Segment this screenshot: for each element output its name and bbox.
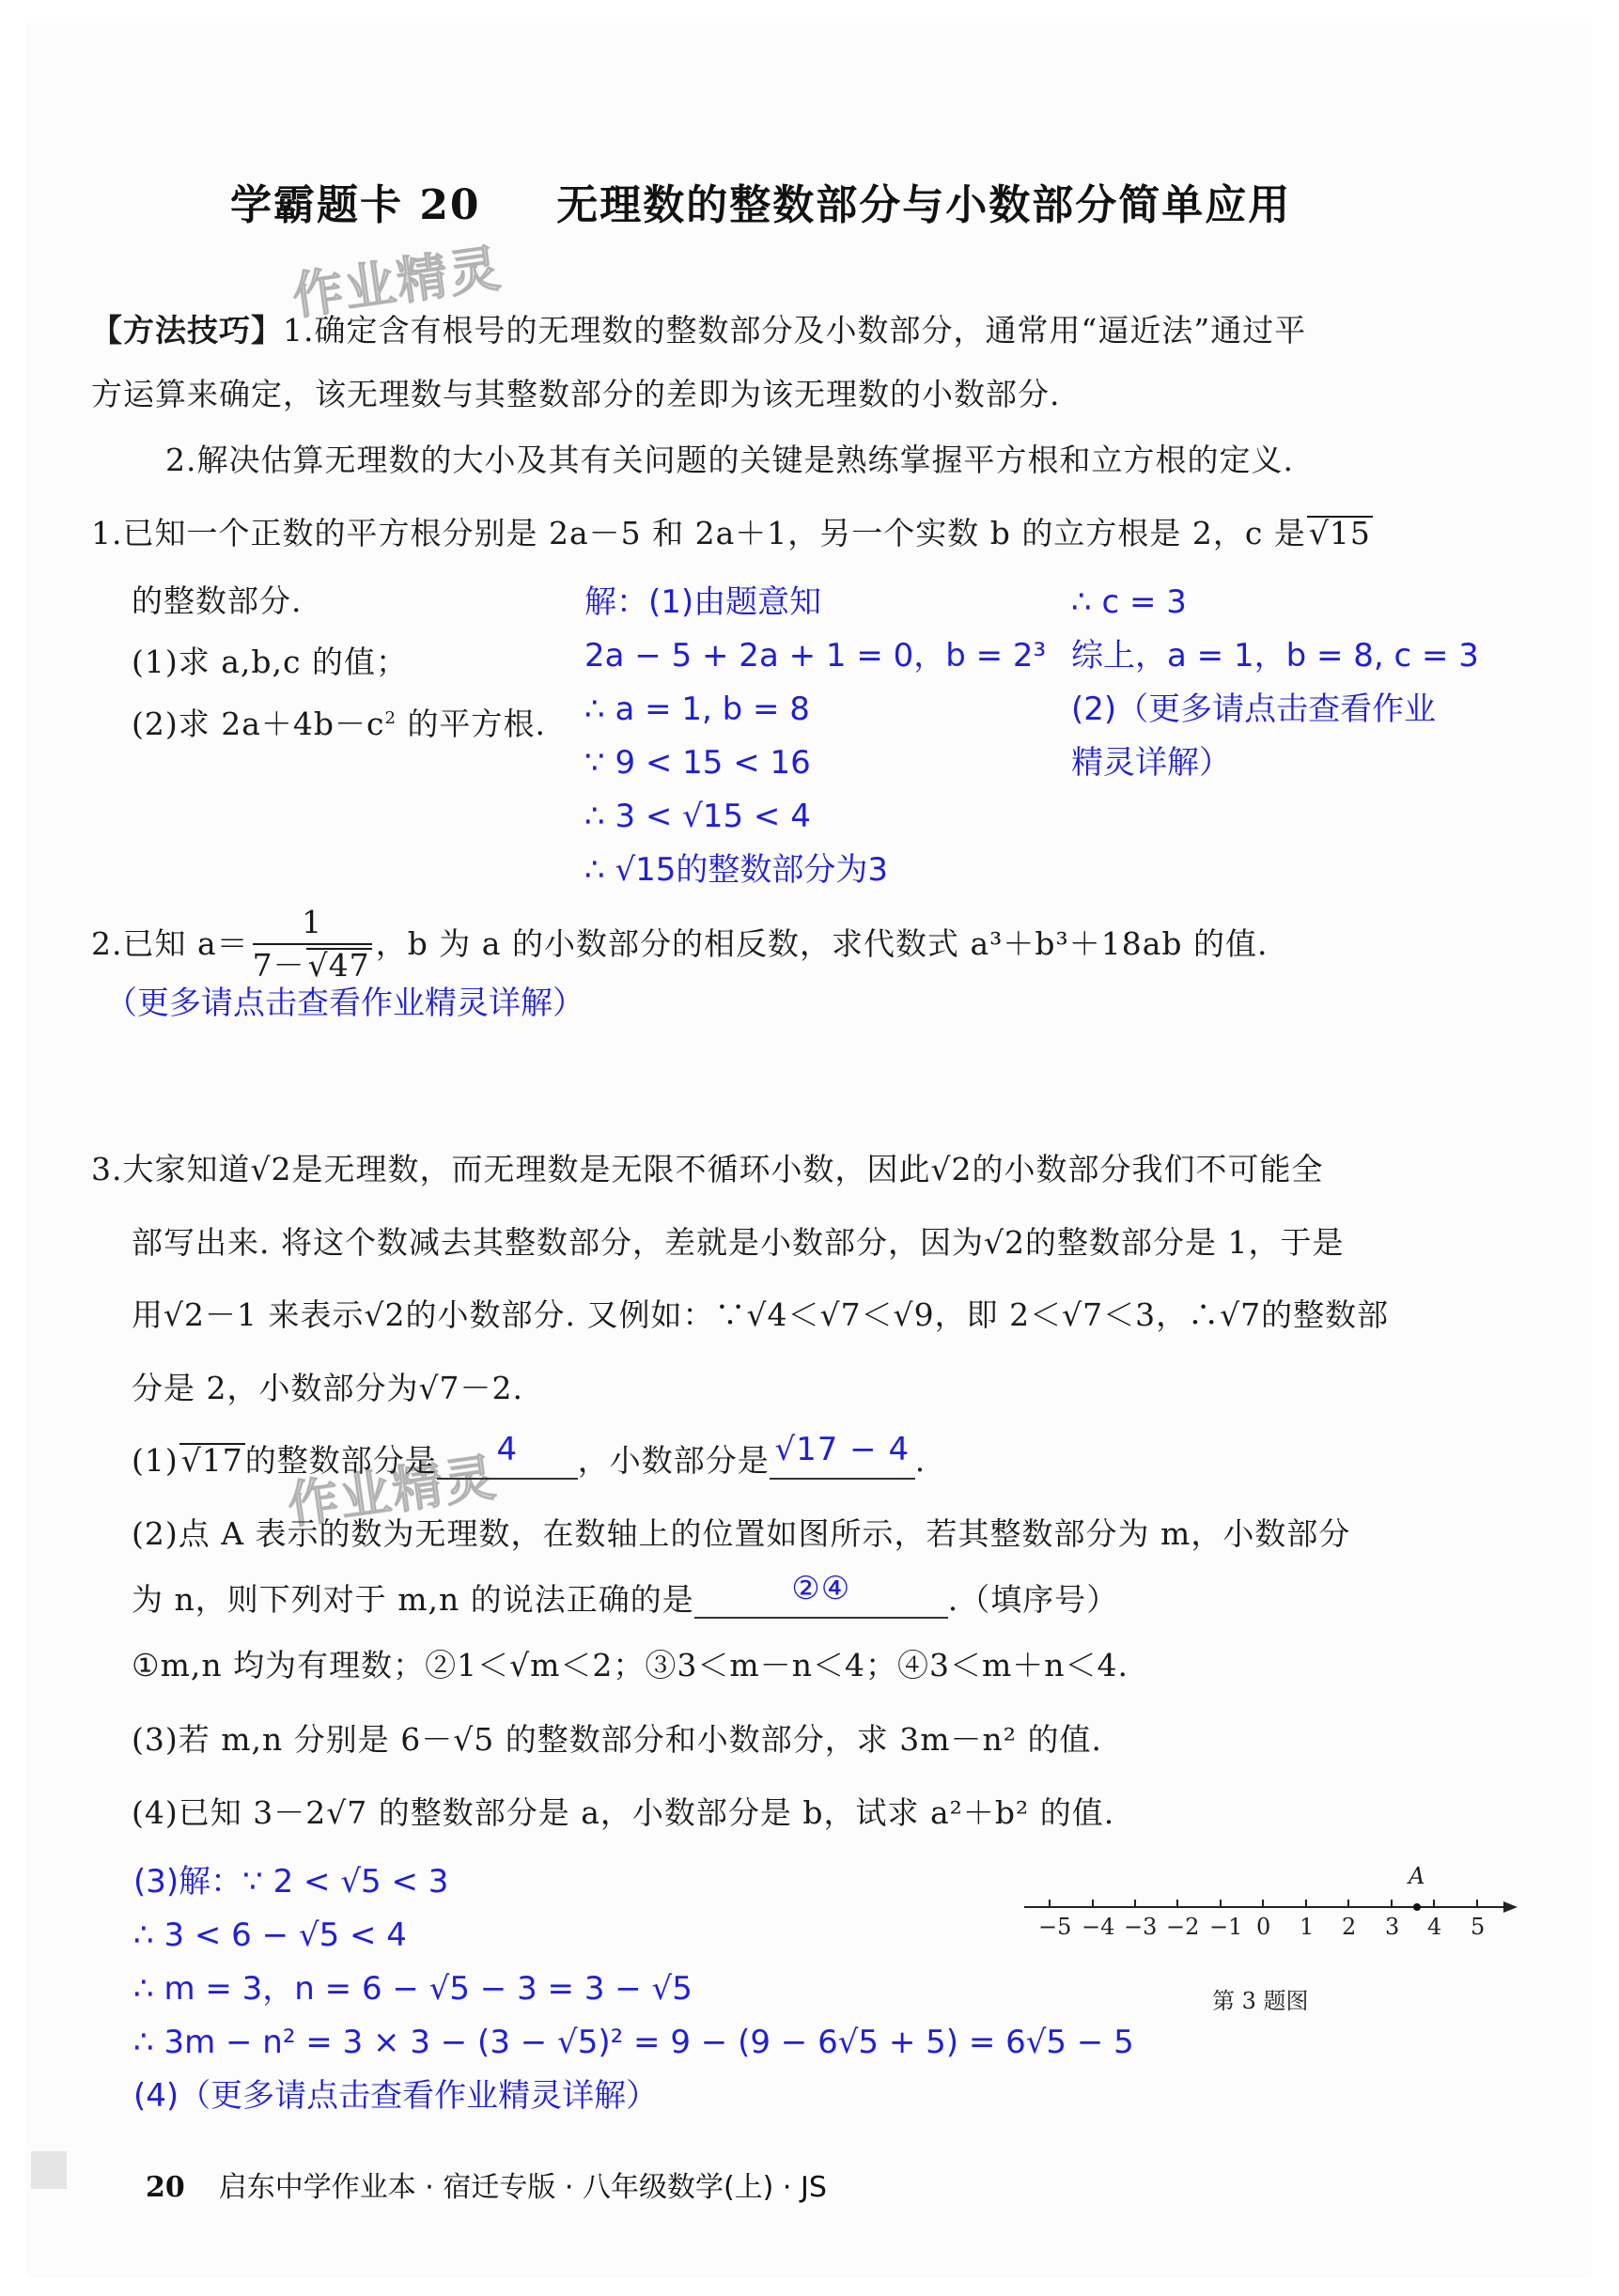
- q3-part4: (4)已知 3－2√7 的整数部分是 a，小数部分是 b，试求 a²＋b² 的值…: [132, 1794, 1114, 1832]
- q3-part2-line1: (2)点 A 表示的数为无理数，在数轴上的位置如图所示，若其整数部分为 m，小数…: [132, 1515, 1350, 1553]
- solution-line: ∴ c = 3: [1071, 576, 1479, 629]
- solution-line: ∴ a = 1, b = 8: [584, 683, 1046, 737]
- more-details-link[interactable]: (4)（更多请点击查看作业精灵详解）: [133, 2070, 1134, 2123]
- q2-stem: 2.已知 a＝17－47，b 为 a 的小数部分的相反数，求代数式 a³＋b³＋…: [91, 902, 1268, 986]
- answer-blank-decimal[interactable]: √17 − 4: [770, 1444, 915, 1480]
- q3-solution: (3)解：∵ 2 < √5 < 3 ∴ 3 < 6 − √5 < 4 ∴ m =…: [133, 1855, 1134, 2123]
- page-title: 学霸题卡 20 无理数的整数部分与小数部分简单应用: [230, 171, 1291, 231]
- page-footer: 20启东中学作业本 · 宿迁专版 · 八年级数学(上) · JS: [146, 2164, 827, 2205]
- method-tips-line2: 方运算来确定，该无理数与其整数部分的差即为该无理数的小数部分.: [91, 376, 1061, 413]
- method-tips-label: 【方法技巧】: [91, 312, 283, 349]
- title-main: 无理数的整数部分与小数部分简单应用: [556, 181, 1291, 229]
- solution-line: (3)解：∵ 2 < √5 < 3: [133, 1855, 1134, 1909]
- method-tips-line1: 【方法技巧】1.确定含有根号的无理数的整数部分及小数部分，通常用“逼近法”通过平: [91, 312, 1306, 349]
- answer-blank-choices[interactable]: ②④: [694, 1583, 948, 1619]
- more-details-link[interactable]: (2)（更多请点击查看作业: [1071, 683, 1479, 737]
- q3-part3: (3)若 m,n 分别是 6－√5 的整数部分和小数部分，求 3m－n² 的值.: [132, 1721, 1102, 1759]
- book-title: 启东中学作业本 · 宿迁专版 · 八年级数学(上) · JS: [219, 2171, 827, 2204]
- q3-intro-line: 用√2－1 来表示√2的小数部分. 又例如：∵√4＜√7＜√9，即 2＜√7＜3…: [132, 1296, 1389, 1334]
- solution-line: 解：(1)由题意知: [584, 576, 1046, 629]
- solution-line: ∴ 3m − n² = 3 × 3 − (3 − √5)² = 9 − (9 −…: [133, 2016, 1134, 2070]
- solution-line: ∵ 9 < 15 < 16: [584, 737, 1046, 790]
- q1-part1: (1)求 a,b,c 的值；: [132, 644, 408, 681]
- figure-caption: 第 3 题图: [1212, 1982, 1309, 2015]
- q1-solution-right: ∴ c = 3 综上，a = 1，b = 8, c = 3 (2)（更多请点击查…: [1071, 576, 1479, 790]
- scan-mark: [31, 2151, 67, 2189]
- q3-intro-line: 3.大家知道√2是无理数，而无理数是无限不循环小数，因此√2的小数部分我们不可能…: [91, 1151, 1324, 1188]
- method-tips-line3: 2.解决估算无理数的大小及其有关问题的关键是熟练掌握平方根和立方根的定义.: [165, 442, 1294, 479]
- solution-line: ∴ 3 < 6 − √5 < 4: [133, 1909, 1134, 1962]
- q3-intro-line: 部写出来. 将这个数减去其整数部分，差就是小数部分，因为√2的整数部分是 1，于…: [132, 1224, 1345, 1262]
- solution-line: 2a − 5 + 2a + 1 = 0，b = 2³: [584, 629, 1046, 683]
- more-details-link[interactable]: 精灵详解）: [1071, 737, 1479, 790]
- q3-intro-line: 分是 2，小数部分为√7－2.: [132, 1370, 523, 1407]
- page-number: 20: [146, 2171, 185, 2204]
- number-line-figure: A −5 −4 −3 −2 −1 0 1 2 3 4 5: [1020, 1865, 1527, 1940]
- solution-line: ∴ 3 < √15 < 4: [584, 790, 1046, 844]
- fraction: 17－47: [253, 902, 372, 986]
- solution-line: ∴ m = 3，n = 6 − √5 − 3 = 3 − √5: [133, 1962, 1134, 2016]
- point-a-label: A: [1409, 1863, 1424, 1889]
- q1-part2: (2)求 2a＋4b－c2 的平方根.: [132, 700, 546, 743]
- q3-part2-options: ①m,n 均为有理数；②1＜√m＜2；③3＜m－n＜4；④3＜m＋n＜4.: [132, 1647, 1129, 1684]
- q3-part1: (1)17的整数部分是4，小数部分是√17 − 4.: [132, 1442, 926, 1480]
- q1-stem-cont: 的整数部分.: [132, 582, 303, 620]
- q1-stem: 1.已知一个正数的平方根分别是 2a－5 和 2a＋1，另一个实数 b 的立方根…: [91, 515, 1373, 552]
- title-prefix: 学霸题卡 20: [230, 181, 481, 229]
- sqrt-15: 15: [1307, 516, 1373, 551]
- q3-part2-line2: 为 n，则下列对于 m,n 的说法正确的是②④.（填序号）: [132, 1581, 1118, 1619]
- answer-blank-integer[interactable]: 4: [437, 1444, 578, 1480]
- more-details-link[interactable]: （更多请点击查看作业精灵详解）: [105, 985, 584, 1022]
- solution-line: ∴ √15的整数部分为3: [584, 844, 1046, 897]
- q1-solution-left: 解：(1)由题意知 2a − 5 + 2a + 1 = 0，b = 2³ ∴ a…: [584, 576, 1046, 897]
- solution-line: 综上，a = 1，b = 8, c = 3: [1071, 629, 1479, 683]
